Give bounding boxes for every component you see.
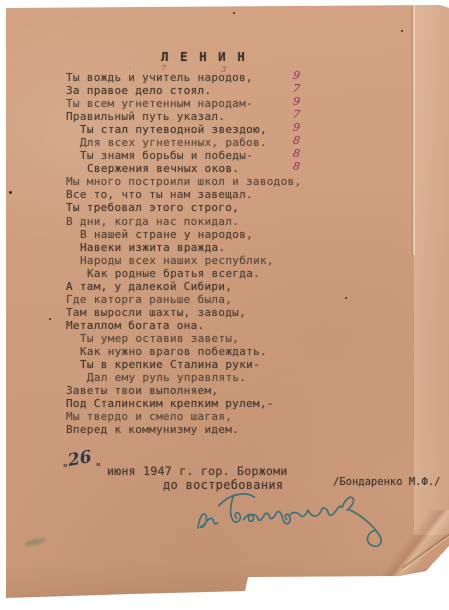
- paper-sheet: Л Е Н И Н ´73 Ты вождь и учитель народов…: [0, 0, 449, 610]
- poem-line: Правильный путь указал.7: [66, 110, 301, 123]
- poem-line: Ты всем угнетенным народам-9: [66, 97, 301, 110]
- poem-line: Ты требовал этого строго,: [66, 201, 301, 214]
- poem-line-text: В нашей стране у народов,: [80, 228, 253, 241]
- poem-line-text: Свержения вечных оков.: [87, 162, 239, 175]
- poem-line: Дал ему руль управлять.: [66, 371, 301, 384]
- poem-line: Там выросли шахты, заводы,: [66, 306, 301, 319]
- poem-line-text: Ты умер оставив заветы,: [80, 332, 239, 345]
- poem-line-text: Навеки изжита вражда.: [80, 241, 225, 254]
- poem-line-text: За правое дело стоял.: [66, 84, 211, 97]
- poem-line-text: Ты в крепкие Сталина руки-: [80, 358, 260, 371]
- poem-line: В нашей стране у народов,: [66, 228, 301, 241]
- poem-line: Для всех угнетенных, рабов.8: [66, 136, 301, 149]
- paper-light-band: [414, 5, 449, 535]
- poem-line: Все то, что ты нам завещал.: [66, 188, 301, 201]
- poem-line: За правое дело стоял.7: [66, 84, 301, 97]
- poem-line-text: Под Сталинским крепким рулем,-: [66, 397, 274, 410]
- paper-speck: [9, 191, 12, 194]
- poem-title: Л Е Н И Н: [161, 49, 247, 64]
- poem-line-text: Заветы твои выполняем,: [66, 384, 218, 397]
- poem-line-text: Ты вождь и учитель народов,: [66, 71, 253, 84]
- poem-line-text: Где каторга раньше была,: [66, 293, 232, 306]
- ink-smudge: [24, 536, 47, 547]
- poem-line: Вперед к коммунизму идем.: [66, 423, 301, 436]
- poem-line-text: Как нужно врагов побеждать.: [80, 345, 267, 358]
- poem-line-text: Ты требовал этого строго,: [66, 201, 239, 214]
- poem-line-text: Ты всем угнетенным народам-: [66, 97, 253, 110]
- poem-line-text: Ты знамя борьбы и победы-: [80, 149, 253, 162]
- poem-line: Как родные братья всегда.: [66, 267, 301, 280]
- paper-speck: [233, 12, 235, 14]
- signature-ink: [188, 478, 440, 575]
- handwritten-day: 26: [66, 447, 93, 471]
- poem-line: Как нужно врагов побеждать.: [66, 345, 301, 358]
- poem-line: А там, у далекой Сибири,: [66, 280, 301, 293]
- scanned-document-page: Л Е Н И Н ´73 Ты вождь и учитель народов…: [0, 0, 449, 610]
- poem-line: Мы твердо и смело шагая,: [66, 410, 301, 423]
- poem-line-text: В дни, когда нас покидал.: [66, 215, 239, 228]
- poem-line-text: Народы всех наших республик,: [80, 254, 274, 267]
- margin-count-number: 8: [292, 160, 301, 174]
- poem-line-text: А там, у далекой Сибири,: [66, 280, 232, 293]
- poem: Ты вождь и учитель народов,9За правое де…: [66, 71, 301, 436]
- typed-open-quote: ": [62, 462, 69, 475]
- poem-line: Ты вождь и учитель народов,9: [66, 71, 301, 84]
- poem-line-text: Дал ему руль управлять.: [87, 371, 246, 384]
- poem-line: Ты умер оставив заветы,: [66, 332, 301, 345]
- vertical-crease: [413, 5, 415, 255]
- poem-line: Мы много построили школ и заводов,: [66, 175, 301, 188]
- date-place-line: июня 1947 г. гор. Боржоми: [107, 464, 288, 478]
- poem-line-text: Для всех угнетенных, рабов.: [80, 136, 267, 149]
- poem-line: Ты в крепкие Сталина руки-: [66, 358, 301, 371]
- poem-line-text: Металлом богата она.: [66, 319, 204, 332]
- poem-line-text: Как родные братья всегда.: [87, 267, 260, 280]
- poem-line: В дни, когда нас покидал.: [66, 215, 301, 228]
- poem-line: Ты знамя борьбы и победы-8: [66, 149, 301, 162]
- poem-line: Заветы твои выполняем,: [66, 384, 301, 397]
- poem-line-text: Ты стал путеводной звездою,: [80, 123, 267, 136]
- paper-speck: [345, 297, 347, 299]
- paper-speck: [401, 30, 403, 32]
- poem-line: Под Сталинским крепким рулем,-: [66, 397, 301, 410]
- poem-line: Навеки изжита вражда.: [66, 241, 301, 254]
- poem-line-text: Там выросли шахты, заводы,: [66, 306, 246, 319]
- poem-line-text: Мы твердо и смело шагая,: [66, 410, 232, 423]
- poem-line-text: Мы много построили школ и заводов,: [66, 175, 301, 188]
- poem-line-text: Все то, что ты нам завещал.: [66, 188, 253, 201]
- poem-line: Свержения вечных оков.8: [66, 162, 301, 175]
- poem-line: Где каторга раньше была,: [66, 293, 301, 306]
- poem-line-text: Вперед к коммунизму идем.: [66, 423, 239, 436]
- typed-close-quote: ": [95, 461, 102, 474]
- poem-line: Ты стал путеводной звездою,9: [66, 123, 301, 136]
- paper-speck: [49, 318, 51, 320]
- poem-line: Металлом богата она.: [66, 319, 301, 332]
- poem-line: Народы всех наших республик,: [66, 254, 301, 267]
- poem-line-text: Правильный путь указал.: [66, 110, 225, 123]
